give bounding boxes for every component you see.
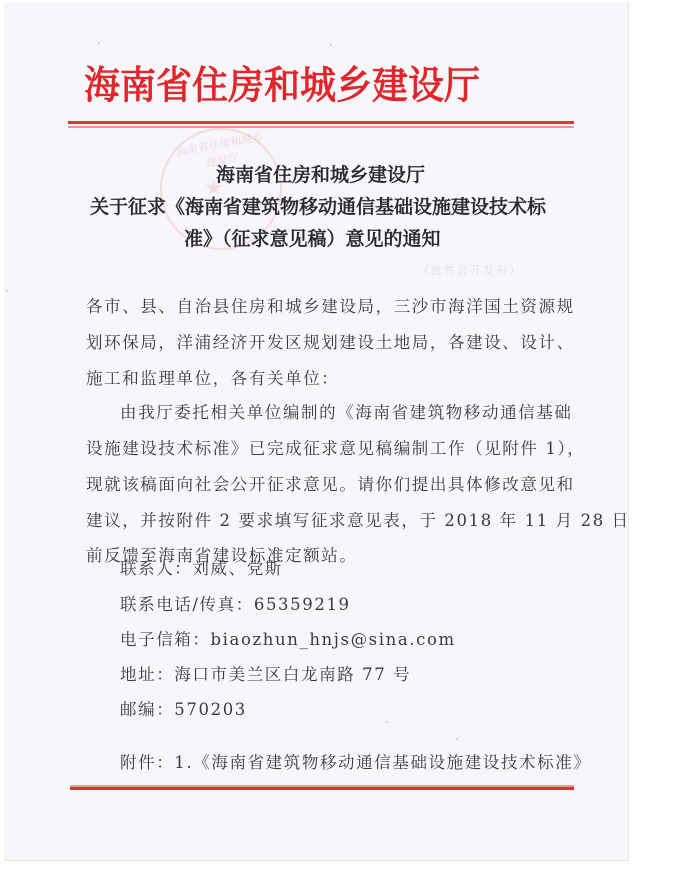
contact-person: 联系人：刘威、党斯 [120, 556, 283, 582]
publication-note: （此件公开发布） [418, 262, 522, 278]
contact-phone: 联系电话/传真：65359219 [120, 592, 351, 618]
body-line-3: 现就该稿面向社会公开征求意见。请你们提出具体修改意见和 [86, 472, 575, 498]
scan-speck [98, 42, 100, 44]
contact-postcode: 邮编：570203 [120, 697, 247, 723]
letterhead-rule-thick [68, 121, 574, 124]
title-line-1: 海南省住房和城乡建设厅 [216, 160, 425, 190]
contact-address: 地址：海口市美兰区白龙南路 77 号 [120, 662, 411, 688]
scan-speck [386, 721, 388, 723]
contact-email: 电子信箱：biaozhun_hnjs@sina.com [120, 627, 456, 653]
title-line-3: 准》（征求意见稿）意见的通知 [184, 224, 441, 254]
letterhead-rule-thin [68, 126, 574, 128]
addressee-line-2: 划环保局，洋浦经济开发区规划建设土地局，各建设、设计、 [86, 330, 575, 356]
document-page [4, 2, 629, 861]
attachment-line-1: 附件：1.《海南省建筑物移动通信基础设施建设技术标准》 [120, 750, 591, 776]
scan-speck [330, 44, 332, 46]
addressee-line-3: 施工和监理单位，各有关单位： [86, 366, 339, 392]
body-line-2: 设施建设技术标准》已完成征求意见稿编制工作（见附件 1）， [86, 436, 585, 462]
title-line-2: 关于征求《海南省建筑物移动通信基础设施建设技术标 [90, 192, 546, 222]
addressee-line-1: 各市、县、自治县住房和城乡建设局，三沙市海洋国土资源规 [86, 294, 575, 320]
scan-speck [456, 738, 458, 740]
body-line-1: 由我厅委托相关单位编制的《海南省建筑物移动通信基础 [120, 400, 573, 426]
body-line-4: 建议，并按附件 2 要求填写征求意见表，于 2018 年 11 月 28 日 [86, 508, 630, 534]
scan-speck [6, 290, 8, 292]
letterhead-title: 海南省住房和城乡建设厅 [84, 62, 564, 110]
footer-rule [70, 787, 574, 790]
